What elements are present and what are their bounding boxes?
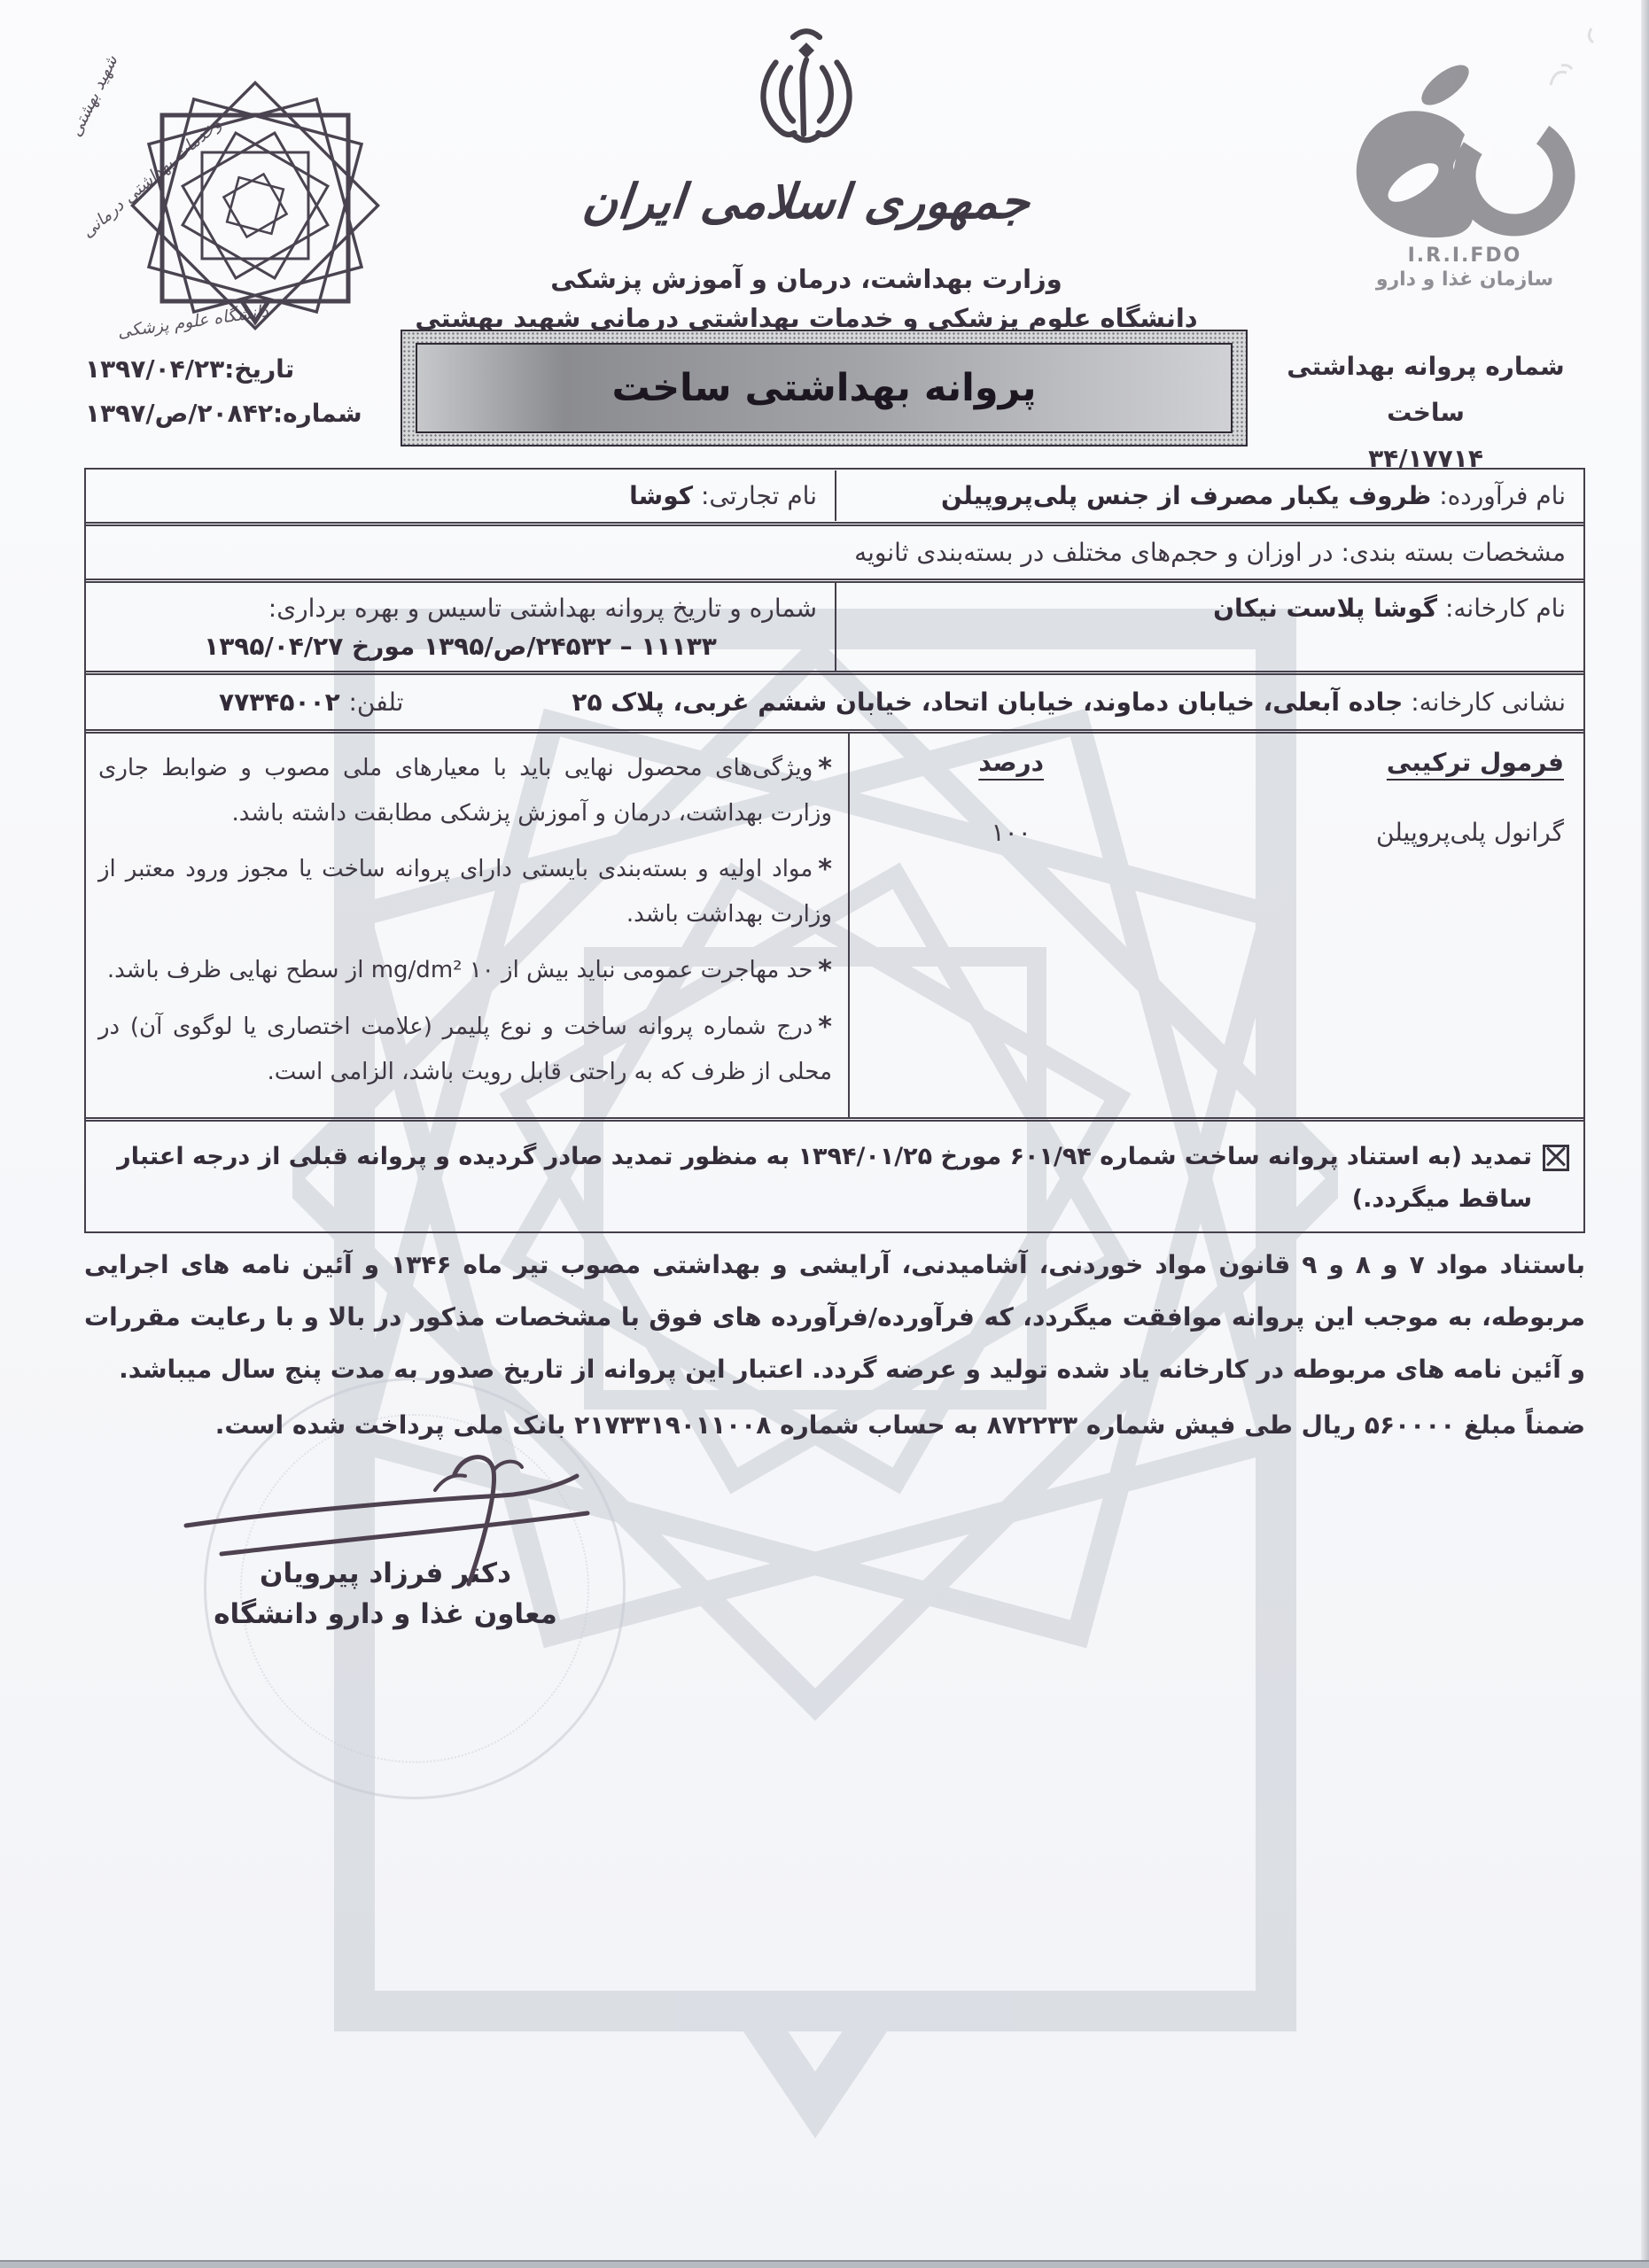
condition-note: *مواد اولیه و بسته‌بندی بایستی دارای پرو… — [98, 847, 832, 936]
phone-label: تلفن: — [348, 687, 403, 717]
legal-paragraph: باستناد مواد ۷ و ۸ و ۹ قانون مواد خوردنی… — [84, 1239, 1585, 1395]
address-cell: نشانی کارخانه: جاده آبعلی، خیابان دماوند… — [86, 677, 1583, 727]
license-value: ۱۱۱۳۳ – ۲۴۵۳۲/ص/۱۳۹۵ مورخ ۱۳۹۵/۰۴/۲۷ — [104, 632, 817, 661]
condition-note: *حد مهاجرت عمومی نباید بیش از ۱۰ mg/dm² … — [98, 948, 832, 993]
university-logo-caption: شهید بهشتی — [66, 52, 121, 140]
license-cell: شماره و تاریخ پروانه بهداشتی تاسیس و بهر… — [86, 583, 835, 671]
legal-text-block: باستناد مواد ۷ و ۸ و ۹ قانون مواد خوردنی… — [84, 1239, 1585, 1451]
formula-ingredient: گرانول پلی‌پروپیلن — [1172, 818, 1564, 847]
renewal-cell: تمدید (به استناد پروانه ساخت شماره ۶۰۱/۹… — [86, 1122, 1583, 1231]
asterisk-icon: * — [813, 854, 832, 885]
table-row-renewal: تمدید (به استناد پروانه ساخت شماره ۶۰۱/۹… — [86, 1122, 1583, 1231]
product-value: ظروف یکبار مصرف از جنس پلی‌پروپیلن — [941, 481, 1431, 510]
condition-note: *درج شماره پروانه ساخت و نوع پلیمر (علام… — [98, 1005, 832, 1094]
brand-label: نام تجارتی: — [701, 481, 817, 510]
signature-block: دکتر فرزاد پیرویان معاون غذا و دارو دانش… — [173, 1444, 598, 1630]
factory-label: نام کارخانه: — [1445, 594, 1566, 623]
percent-header: درصد — [850, 748, 1172, 777]
packaging-value: در اوزان و حجم‌های مختلف در بسته‌بندی ثا… — [854, 538, 1333, 567]
conditions-cell: *ویژگی‌های محصول نهایی باید با معیارهای … — [86, 734, 848, 1117]
product-cell: نام فرآورده: ظروف یکبار مصرف از جنس پلی‌… — [835, 470, 1583, 521]
letter-number: شماره:۲۰۸۴۲/ص/۱۳۹۷ — [85, 392, 377, 436]
renewal-checkbox-icon — [1543, 1145, 1569, 1171]
signatory-title: معاون غذا و دارو دانشگاه — [173, 1598, 598, 1630]
asterisk-icon: * — [813, 955, 832, 986]
product-label: نام فرآورده: — [1439, 481, 1566, 510]
permit-title-box: پروانه بهداشتی ساخت — [401, 330, 1248, 447]
asterisk-icon: * — [813, 753, 832, 784]
factory-cell: نام کارخانه: گوشا پلاست نیکان — [835, 583, 1583, 671]
packaging-cell: مشخصات بسته بندی: در اوزان و حجم‌های مخت… — [86, 527, 1583, 578]
handwritten-signature — [173, 1444, 598, 1595]
percent-value: ۱۰۰ — [850, 818, 1172, 847]
address-value: جاده آبعلی، خیابان دماوند، خیابان اتحاد،… — [572, 687, 1403, 717]
address: نشانی کارخانه: جاده آبعلی، خیابان دماوند… — [572, 687, 1566, 717]
address-label: نشانی کارخانه: — [1411, 687, 1566, 717]
phone-value: ۷۷۳۴۵۰۰۲ — [219, 687, 340, 717]
factory-value: گوشا پلاست نیکان — [1213, 594, 1437, 623]
letter-date-number: تاریخ:۱۳۹۷/۰۴/۲۳ شماره:۲۰۸۴۲/ص/۱۳۹۷ — [85, 347, 377, 436]
condition-note: *ویژگی‌های محصول نهایی باید با معیارهای … — [98, 746, 832, 835]
brand-value: کوشا — [629, 481, 693, 510]
iran-emblem-icon — [740, 25, 873, 167]
formula-header: فرمول ترکیبی — [1172, 748, 1564, 777]
table-row-packaging: مشخصات بسته بندی: در اوزان و حجم‌های مخت… — [86, 526, 1583, 583]
scan-edge-right — [1641, 0, 1649, 2268]
pencil-marks — [1418, 16, 1613, 113]
renewal-text: تمدید (به استناد پروانه ساخت شماره ۶۰۱/۹… — [100, 1136, 1532, 1221]
scanned-permit-page: جمهوری اسلامی ایران وزارت بهداشت، درمان … — [0, 0, 1649, 2268]
permit-title: پروانه بهداشتی ساخت — [416, 343, 1233, 433]
university-logo: شهید بهشتی وخدمات بهداشتی درمانی دانشگاه… — [69, 53, 388, 372]
packaging-label: مشخصات بسته بندی: — [1341, 538, 1566, 567]
table-row-product: نام فرآورده: ظروف یکبار مصرف از جنس پلی‌… — [86, 470, 1583, 526]
formula-cell: فرمول ترکیبی گرانول پلی‌پروپیلن درصد ۱۰۰ — [848, 734, 1583, 1117]
asterisk-icon: * — [813, 1012, 832, 1043]
table-row-address: نشانی کارخانه: جاده آبعلی، خیابان دماوند… — [86, 675, 1583, 734]
license-label: شماره و تاریخ پروانه بهداشتی تاسیس و بهر… — [104, 594, 817, 623]
permit-number-block: شماره پروانه بهداشتی ساخت ۳۴/۱۷۷۱۴ — [1248, 344, 1603, 482]
permit-number-label: شماره پروانه بهداشتی ساخت — [1248, 344, 1603, 436]
letter-date: تاریخ:۱۳۹۷/۰۴/۲۳ — [85, 347, 377, 392]
university-flower-icon — [122, 53, 388, 337]
brand-cell: نام تجارتی: کوشا — [86, 470, 835, 521]
table-row-formula: فرمول ترکیبی گرانول پلی‌پروپیلن درصد ۱۰۰… — [86, 734, 1583, 1122]
table-row-factory: نام کارخانه: گوشا پلاست نیکان شماره و تا… — [86, 583, 1583, 675]
scan-edge-bottom — [0, 2260, 1649, 2268]
ifdo-persian-label: سازمان غذا و دارو — [1323, 268, 1606, 291]
permit-table: نام فرآورده: ظروف یکبار مصرف از جنس پلی‌… — [84, 468, 1585, 1233]
phone: تلفن: ۷۷۳۴۵۰۰۲ — [219, 687, 403, 717]
